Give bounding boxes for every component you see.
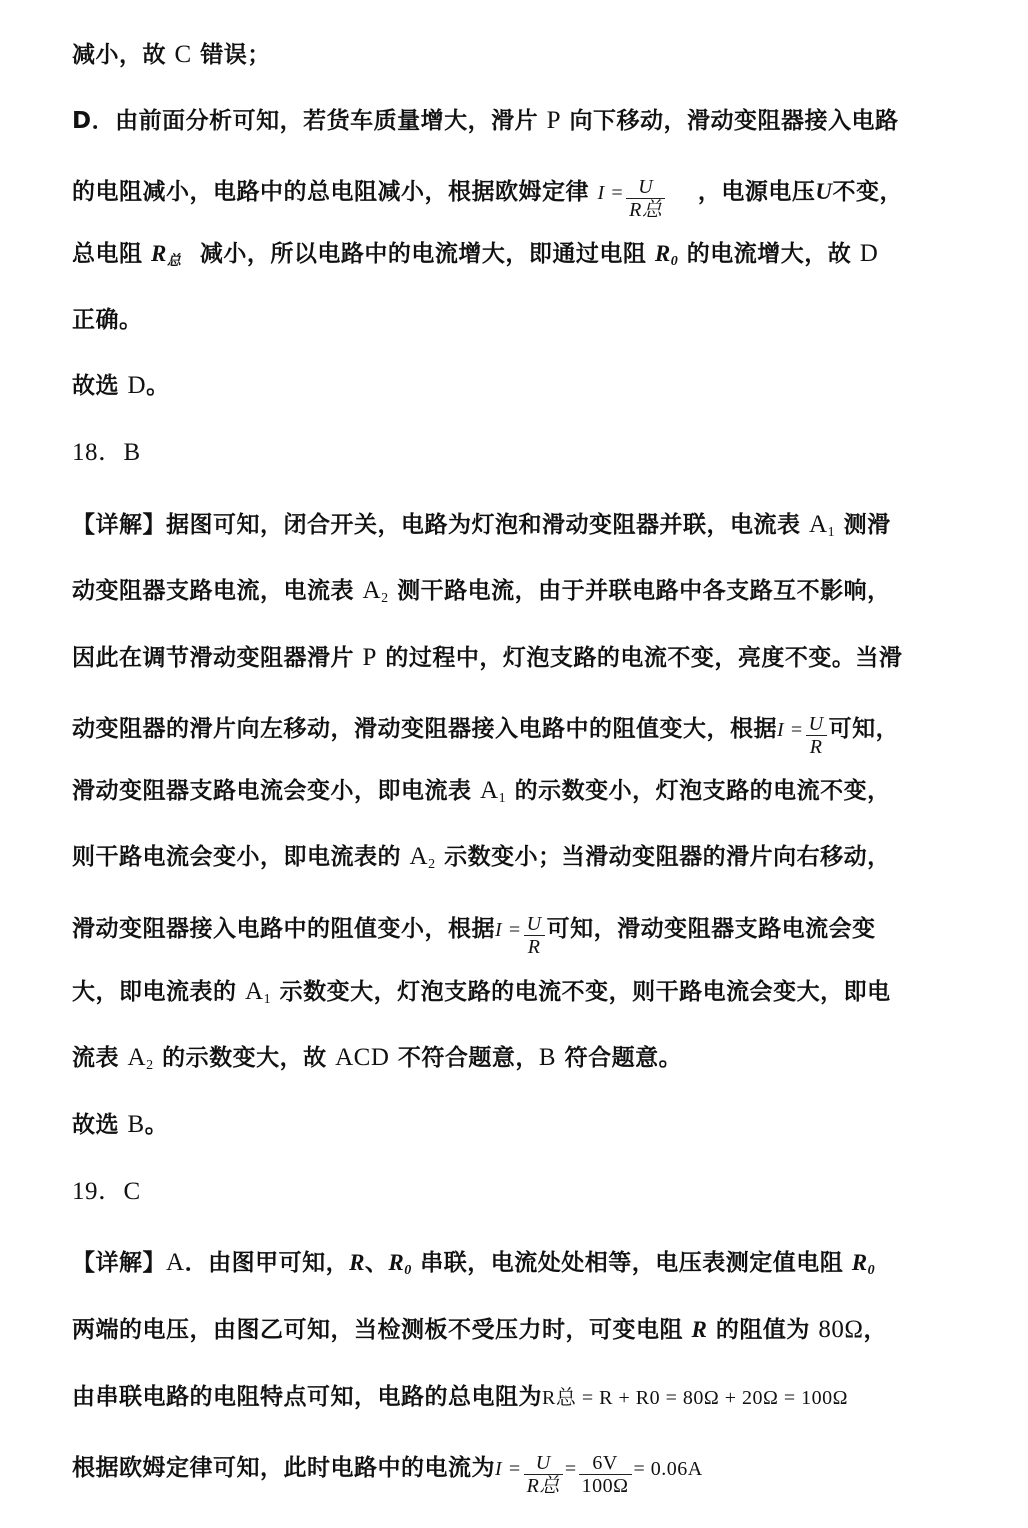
formula-lhs: I = [777,719,804,741]
formula-fraction-1: UR总 [524,1452,563,1497]
text-line-5: 正确。 [72,303,988,337]
subscript: 0 [868,1263,876,1278]
subscript: 1 [828,525,836,540]
option-letter: A [166,1249,185,1276]
text: 。 [146,373,170,399]
text: 的阻值为 [707,1317,818,1343]
text: 正确。 [72,307,143,333]
text: 示数变小；当滑动变阻器的滑片向右移动， [436,844,891,870]
ammeter-symbol: A [480,777,499,804]
symbol-r: R [388,1250,404,1275]
text-line-9: 动变阻器支路电流，电流表 A2 测干路电流，由于并联电路中各支路互不影响， [72,574,988,616]
text: 动变阻器的滑片向左移动，滑动变阻器接入电路中的阻值变大，根据 [72,716,777,742]
text: 减小，故 [72,42,175,68]
option-letter: D [860,240,879,267]
text: 故选 [72,373,128,399]
numerator: U [626,176,665,199]
subscript: 2 [146,1058,154,1073]
ammeter-symbol: A [809,511,828,538]
formula-lhs: I = [495,919,522,941]
equals: = [565,1458,577,1480]
text: 故选 [72,1112,128,1138]
option-letter: C [175,41,192,68]
question-19-heading: 19．C [72,1175,988,1209]
subscript: 2 [428,857,436,872]
text: 减小，所以电路中的电流增大，即通过电阻 [191,241,655,267]
symbol-r: R [349,1250,365,1275]
text: 的示数变大，故 [154,1045,336,1071]
text: ， [863,1317,887,1343]
text-line-11: 动变阻器的滑片向左移动，滑动变阻器接入电路中的阻值变大，根据I =UR可知， [72,707,988,752]
denominator: R [806,736,827,758]
text: 错误； [192,42,271,68]
text: 由串联电路的电阻特点可知，电路的总电阻为 [72,1384,542,1410]
text-line-4: 总电阻 R总 减小，所以电路中的电流增大，即通过电阻 R0 的电流增大，故 D [72,237,988,279]
text: 动变阻器支路电流，电流表 [72,578,363,604]
denominator: R总 [524,1475,563,1497]
symbol-u: U [815,179,832,204]
symbol-r: R [151,241,167,266]
numerator: U [806,713,827,736]
question-18-heading: 18．B [72,436,988,470]
formula-fraction: UR [524,913,545,958]
answer-letter: B [128,1111,145,1138]
text-line-16: 流表 A2 的示数变大，故 ACD 不符合题意，B 符合题意。 [72,1041,988,1083]
denominator: R总 [626,199,665,221]
text: 因此在调节滑动变阻器滑片 [72,645,363,671]
text-line-22: 根据欧姆定律可知，此时电路中的电流为I =UR总=6V100Ω= 0.06A [72,1446,988,1491]
denominator: 100Ω [579,1475,632,1497]
text-line-21: 由串联电路的电阻特点可知，电路的总电阻为R总 = R + R0 = 80Ω + … [72,1380,988,1415]
question-number: 19．C [72,1178,141,1205]
text: 滑动变阻器接入电路中的阻值变小，根据 [72,916,495,942]
text: 【详解】 [72,1250,166,1276]
text: 滑动变阻器支路电流会变小，即电流表 [72,778,480,804]
symbol-r: R [852,1250,868,1275]
formula-fraction: UR [806,713,827,758]
symbol-p: P [547,107,561,134]
text: 的过程中，灯泡支路的电流不变，亮度不变。当滑 [377,645,903,671]
ammeter-symbol: A [363,577,382,604]
text: 测干路电流，由于并联电路中各支路互不影响， [389,578,891,604]
text: 的电阻减小，电路中的总电阻减小，根据欧姆定律 [72,179,589,205]
text-line-6: 故选 D。 [72,369,988,403]
text: 可知，滑动变阻器支路电流会变 [547,916,876,942]
ammeter-symbol: A [245,978,264,1005]
option-letter: B [539,1044,556,1071]
ammeter-symbol: A [410,843,429,870]
text: 向下移动，滑动变阻器接入电路 [561,108,899,134]
text: 的示数变小，灯泡支路的电流不变， [506,778,891,804]
formula-lhs: I = [495,1458,522,1480]
text-line-14: 滑动变阻器接入电路中的阻值变小，根据I =UR可知，滑动变阻器支路电流会变 [72,907,988,952]
numerator: U [524,913,545,936]
formula-fraction: UR总 [626,176,665,221]
text-line-10: 因此在调节滑动变阻器滑片 P 的过程中，灯泡支路的电流不变，亮度不变。当滑 [72,641,988,675]
text: D．由前面分析可知，若货车质量增大，滑片 [72,108,547,134]
text-line-12: 滑动变阻器支路电流会变小，即电流表 A1 的示数变小，灯泡支路的电流不变， [72,774,988,816]
text: 、 [365,1250,389,1276]
text: 流表 [72,1045,128,1071]
option-letters: ACD [335,1044,389,1071]
text: 。 [145,1112,169,1138]
text-line-13: 则干路电流会变小，即电流表的 A2 示数变小；当滑动变阻器的滑片向右移动， [72,840,988,882]
text: 示数变大，灯泡支路的电流不变，则干路电流会变大，即电 [271,979,891,1005]
text: 【详解】据图可知，闭合开关，电路为灯泡和滑动变阻器并联，电流表 [72,512,809,538]
formula-fraction-2: 6V100Ω [579,1452,632,1497]
symbol-r: R [655,241,671,266]
denominator: R [524,936,545,958]
text: 总电阻 [72,241,151,267]
text-line-2: D．由前面分析可知，若货车质量增大，滑片 P 向下移动，滑动变阻器接入电路 [72,104,988,138]
subscript: 1 [264,992,272,1007]
text-line-19: 【详解】A．由图甲可知，R、R0 串联，电流处处相等，电压表测定值电阻 R0 [72,1246,988,1288]
text: ．由图甲可知， [185,1250,350,1276]
ammeter-symbol: A [128,1044,147,1071]
text: 根据欧姆定律可知，此时电路中的电流为 [72,1455,495,1481]
text: 不变， [833,179,904,205]
text: 两端的电压，由图乙可知，当检测板不受压力时，可变电阻 [72,1317,692,1343]
subscript: 0 [404,1263,412,1278]
text-line-8: 【详解】据图可知，闭合开关，电路为灯泡和滑动变阻器并联，电流表 A1 测滑 [72,508,988,550]
text-line-1: 减小，故 C 错误； [72,38,988,72]
text: 则干路电流会变小，即电流表的 [72,844,410,870]
text: ，电源电压 [698,179,816,205]
text: 可知， [829,716,900,742]
text: 符合题意。 [556,1045,682,1071]
formula-total-resistance: R总 = R + R0 = 80Ω + 20Ω = 100Ω [542,1387,848,1409]
text: 的电流增大，故 [678,241,860,267]
text: 不符合题意， [389,1045,539,1071]
subscript: 2 [381,591,389,606]
question-number: 18．B [72,439,141,466]
result: = 0.06A [634,1458,703,1480]
text: 测滑 [835,512,891,538]
text: 大，即电流表的 [72,979,245,1005]
symbol-p: P [363,644,377,671]
text-line-20: 两端的电压，由图乙可知，当检测板不受压力时，可变电阻 R 的阻值为 80Ω， [72,1313,988,1347]
text: 串联，电流处处相等，电压表测定值电阻 [412,1250,852,1276]
resistance-value: 80Ω [818,1316,863,1343]
text-line-17: 故选 B。 [72,1108,988,1142]
numerator: U [524,1452,563,1475]
numerator: 6V [579,1452,632,1475]
text-line-15: 大，即电流表的 A1 示数变大，灯泡支路的电流不变，则干路电流会变大，即电 [72,975,988,1017]
text-line-3: 的电阻减小，电路中的总电阻减小，根据欧姆定律 I =UR总 ，电源电压U不变， [72,170,988,215]
symbol-r: R [692,1317,708,1342]
subscript: 总 [167,254,182,269]
answer-letter: D [128,372,147,399]
formula-ohm-lhs: I = [598,182,625,204]
subscript: 1 [499,791,507,806]
